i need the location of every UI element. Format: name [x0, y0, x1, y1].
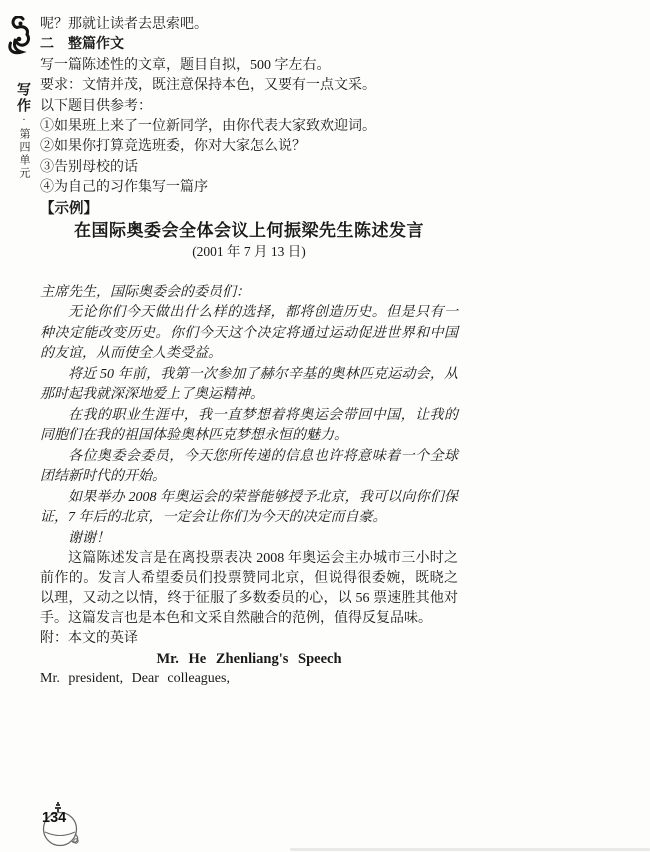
speech-paragraph: 在我的职业生涯中，我一直梦想着将奥运会带回中国，让我的同胞们在我的祖国体验奥林匹…	[40, 406, 458, 447]
sidebar-separator-dot: ·	[18, 114, 30, 128]
calligraphy-ornament-icon	[5, 16, 33, 66]
page-number-stamp: 134	[33, 798, 89, 850]
carryover-line: 呢？那就让读者去思索吧。	[40, 15, 458, 35]
english-speech-title: Mr. He Zhenliang's Speech	[40, 649, 458, 669]
exercise-heading: 二 整篇作文	[40, 35, 458, 55]
sidebar-unit-name: 第四单元	[18, 128, 30, 180]
exercise-line: ②如果你打算竞选班委，你对大家怎么说？	[40, 137, 458, 157]
commentary-paragraph: 这篇陈述发言是在离投票表决 2008 年奥运会主办城市三小时之前作的。发言人希望…	[40, 549, 458, 629]
textbook-page: 写作·第四单元 呢？那就让读者去思索吧。 二 整篇作文 写一篇陈述性的文章，题目…	[0, 0, 650, 852]
exercise-line: ③告别母校的话	[40, 158, 458, 178]
exercise-line: 写一篇陈述性的文章，题目自拟，500 字左右。	[40, 56, 458, 76]
appendix-label: 附：本文的英译	[40, 629, 458, 649]
speech-paragraph: 无论你们今天做出什么样的选择，都将创造历史。但是只有一种决定能改变历史。你们今天…	[40, 303, 458, 365]
speech-date: (2001 年 7 月 13 日)	[40, 242, 458, 262]
exercise-line: 要求：文情并茂，既注意保持本色，又要有一点文采。	[40, 76, 458, 96]
example-label: 【示例】	[40, 199, 458, 219]
text-column: 呢？那就让读者去思索吧。 二 整篇作文 写一篇陈述性的文章，题目自拟，500 字…	[40, 15, 458, 689]
speech-paragraph: 各位奥委会委员，今天您所传递的信息也许将意味着一个全球团结新时代的开始。	[40, 447, 458, 488]
sidebar-chapter-label: 写作·第四单元	[13, 82, 35, 180]
scan-artifact	[290, 848, 650, 851]
speech-paragraph: 如果举办 2008 年奥运会的荣誉能够授予北京，我可以向你们保证，7 年后的北京…	[40, 488, 458, 529]
speech-body: 主席先生，国际奥委会的委员们： 无论你们今天做出什么样的选择，都将创造历史。但是…	[40, 283, 458, 550]
exercise-line: ④为自己的习作集写一篇序	[40, 178, 458, 198]
exercise-line: 以下题目供参考：	[40, 97, 458, 117]
exercise-line: ①如果班上来了一位新同学，由你代表大家致欢迎词。	[40, 117, 458, 137]
page-number: 134	[42, 810, 66, 826]
speech-closing: 谢谢！	[40, 529, 458, 550]
speech-title: 在国际奥委会全体会议上何振梁先生陈述发言	[40, 219, 458, 242]
speech-salutation: 主席先生，国际奥委会的委员们：	[40, 283, 458, 304]
exercise-section: 呢？那就让读者去思索吧。 二 整篇作文 写一篇陈述性的文章，题目自拟，500 字…	[40, 15, 458, 199]
speech-paragraph: 将近 50 年前，我第一次参加了赫尔辛基的奥林匹克运动会，从那时起我就深深地爱上…	[40, 365, 458, 406]
sidebar-section-name: 写作	[16, 82, 32, 114]
english-salutation: Mr. president, Dear colleagues,	[40, 669, 458, 689]
